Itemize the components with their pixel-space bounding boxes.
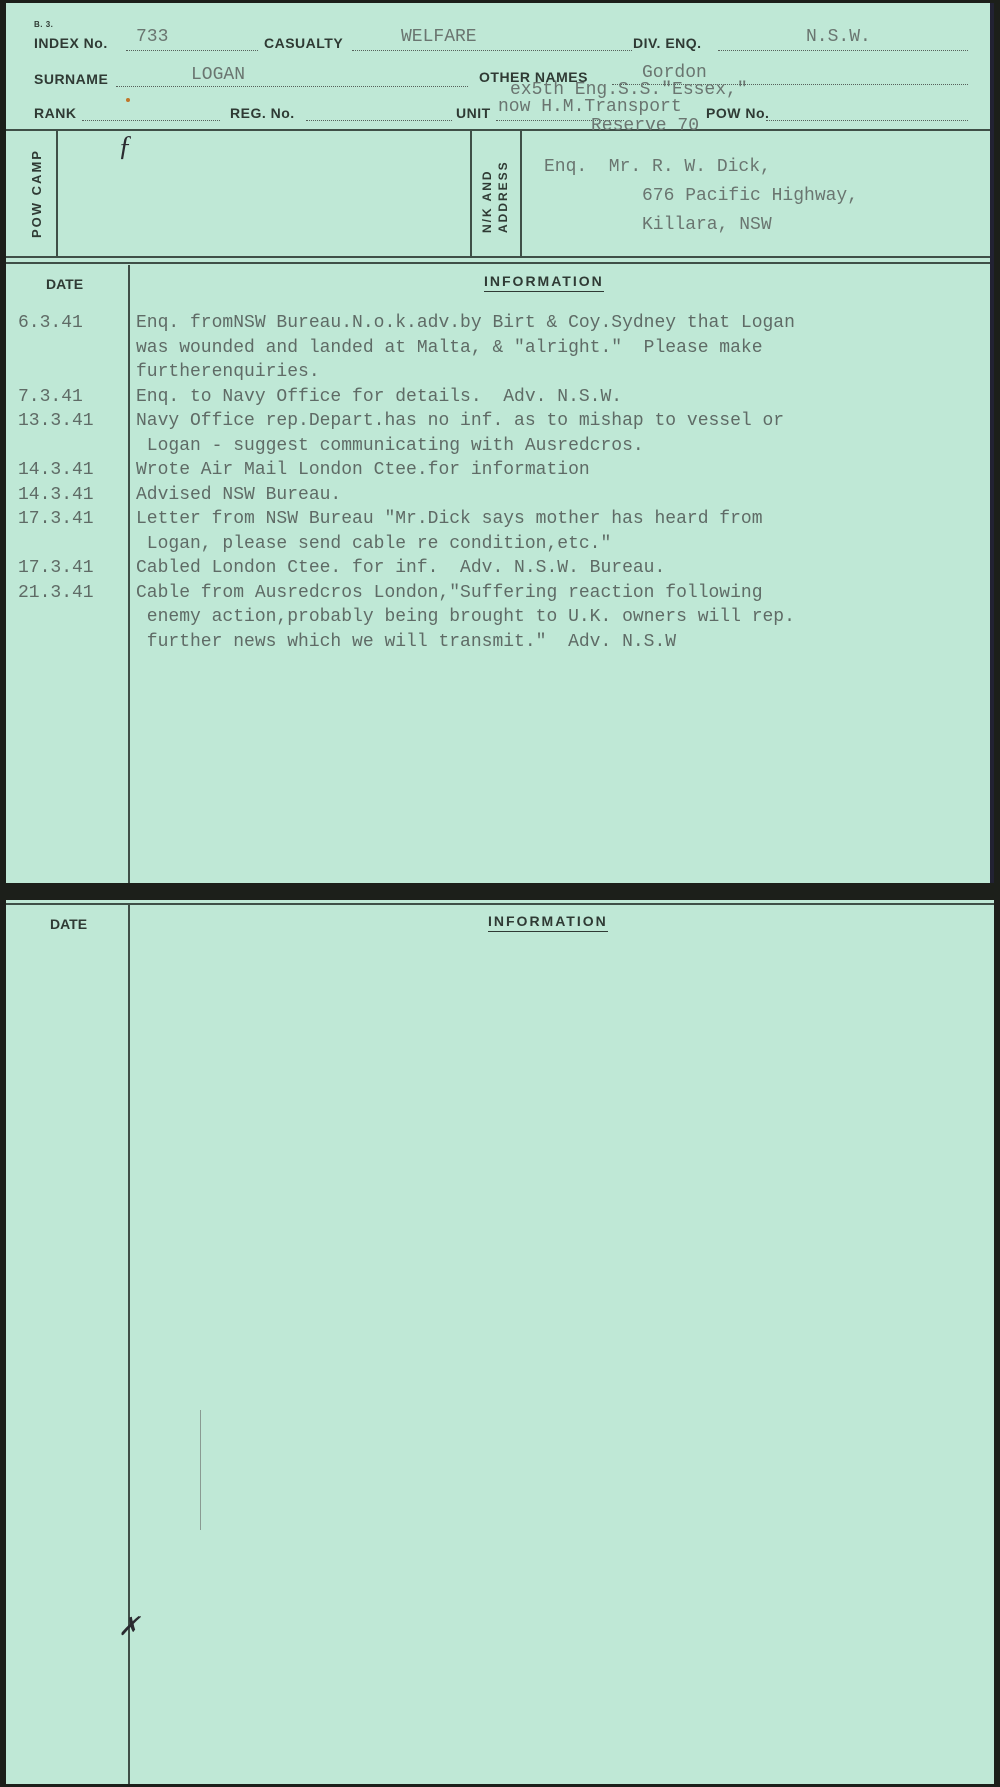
entry-row-continued: furtherenquiries. <box>6 360 990 385</box>
index-no-line <box>126 50 258 51</box>
entry-date <box>6 434 128 459</box>
entry-row: 13.3.41Navy Office rep.Depart.has no inf… <box>6 409 990 434</box>
entry-text: Cable from Ausredcros London,"Suffering … <box>128 581 763 606</box>
nk-line2: 676 Pacific Highway, <box>642 186 858 206</box>
entry-text: Enq. fromNSW Bureau.N.o.k.adv.by Birt & … <box>128 311 795 336</box>
entry-date: 17.3.41 <box>6 507 128 532</box>
entry-row-continued: Logan - suggest communicating with Ausre… <box>6 434 990 459</box>
entry-date: 7.3.41 <box>6 385 128 410</box>
ink-speck <box>126 98 130 102</box>
entry-date <box>6 336 128 361</box>
entry-text: Navy Office rep.Depart.has no inf. as to… <box>128 409 784 434</box>
entry-row: 14.3.41Wrote Air Mail London Ctee.for in… <box>6 458 990 483</box>
entry-row: 17.3.41Letter from NSW Bureau "Mr.Dick s… <box>6 507 990 532</box>
entry-date <box>6 360 128 385</box>
unit-label: UNIT <box>456 105 491 121</box>
entry-date: 6.3.41 <box>6 311 128 336</box>
entry-date <box>6 605 128 630</box>
reg-no-label: REG. No. <box>230 105 295 121</box>
nk-label-2: ADDRESS <box>496 160 510 233</box>
entry-row-continued: further news which we will transmit." Ad… <box>6 630 990 655</box>
pow-camp-divider <box>56 130 58 256</box>
entry-row-continued: was wounded and landed at Malta, & "alri… <box>6 336 990 361</box>
entry-text: Logan - suggest communicating with Ausre… <box>128 434 644 459</box>
date-header-back: DATE <box>50 916 87 932</box>
entry-text: furtherenquiries. <box>128 360 320 385</box>
section-divider-2 <box>6 262 990 264</box>
surname-value: LOGAN <box>191 65 245 85</box>
pow-camp-label: POW CAMP <box>29 149 44 238</box>
nk-divider-right <box>520 130 522 256</box>
header-divider <box>6 129 990 131</box>
entry-text: Advised NSW Bureau. <box>128 483 341 508</box>
record-card-front: B. 3. INDEX No. 733 CASUALTY WELFARE DIV… <box>6 3 994 883</box>
entry-text: enemy action,probably being brought to U… <box>128 605 795 630</box>
information-header: INFORMATION <box>484 273 604 292</box>
entry-date: 13.3.41 <box>6 409 128 434</box>
date-header: DATE <box>46 276 83 292</box>
casualty-value: WELFARE <box>401 27 477 47</box>
entry-row: 6.3.41Enq. fromNSW Bureau.N.o.k.adv.by B… <box>6 311 990 336</box>
handwritten-mark-back: ✗ <box>118 1612 140 1642</box>
section-divider-1 <box>6 256 990 258</box>
casualty-label: CASUALTY <box>264 35 343 51</box>
unit-value-line3: Reserve 70 <box>591 116 699 136</box>
rank-label: RANK <box>34 105 76 121</box>
rank-line <box>82 120 220 121</box>
entry-row-continued: Logan, please send cable re condition,et… <box>6 532 990 557</box>
index-no-value: 733 <box>136 27 168 47</box>
handwritten-mark: ƒ <box>118 131 132 163</box>
pow-no-label: POW No. <box>706 105 769 121</box>
form-code: B. 3. <box>34 20 53 29</box>
entry-text: Wrote Air Mail London Ctee.for informati… <box>128 458 590 483</box>
entry-row: 17.3.41Cabled London Ctee. for inf. Adv.… <box>6 556 990 581</box>
entry-row: 14.3.41Advised NSW Bureau. <box>6 483 990 508</box>
entry-text: Logan, please send cable re condition,et… <box>128 532 611 557</box>
entry-text: Letter from NSW Bureau "Mr.Dick says mot… <box>128 507 763 532</box>
date-column-divider-back <box>128 904 130 1784</box>
nk-line1: Enq. Mr. R. W. Dick, <box>544 157 771 177</box>
surname-line <box>116 86 468 87</box>
index-no-label: INDEX No. <box>34 35 108 51</box>
entry-row-continued: enemy action,probably being brought to U… <box>6 605 990 630</box>
information-header-back: INFORMATION <box>488 913 608 932</box>
faint-pencil-line <box>200 1410 201 1530</box>
record-card-back: DATE INFORMATION ✗ <box>6 900 994 1784</box>
casualty-line <box>352 50 632 51</box>
top-edge-line <box>6 903 994 905</box>
entry-date: 14.3.41 <box>6 483 128 508</box>
entry-row: 7.3.41Enq. to Navy Office for details. A… <box>6 385 990 410</box>
surname-label: SURNAME <box>34 71 108 87</box>
div-enq-line <box>718 50 968 51</box>
nk-line3: Killara, NSW <box>642 215 772 235</box>
entry-date <box>6 532 128 557</box>
nk-label-1: N/K AND <box>480 169 494 233</box>
entry-date <box>6 630 128 655</box>
entry-text: Cabled London Ctee. for inf. Adv. N.S.W.… <box>128 556 665 581</box>
entry-date: 14.3.41 <box>6 458 128 483</box>
pow-no-line <box>766 120 968 121</box>
nk-divider-left <box>470 130 472 256</box>
unit-value-line2: now H.M.Transport <box>498 97 682 117</box>
entry-text: was wounded and landed at Malta, & "alri… <box>128 336 763 361</box>
entries-list: 6.3.41Enq. fromNSW Bureau.N.o.k.adv.by B… <box>6 311 990 654</box>
entry-text: further news which we will transmit." Ad… <box>128 630 676 655</box>
entry-date: 21.3.41 <box>6 581 128 606</box>
reg-no-line <box>306 120 452 121</box>
entry-row: 21.3.41Cable from Ausredcros London,"Suf… <box>6 581 990 606</box>
div-enq-label: DIV. ENQ. <box>633 35 702 51</box>
entry-date: 17.3.41 <box>6 556 128 581</box>
div-enq-value: N.S.W. <box>806 27 871 47</box>
entry-text: Enq. to Navy Office for details. Adv. N.… <box>128 385 622 410</box>
